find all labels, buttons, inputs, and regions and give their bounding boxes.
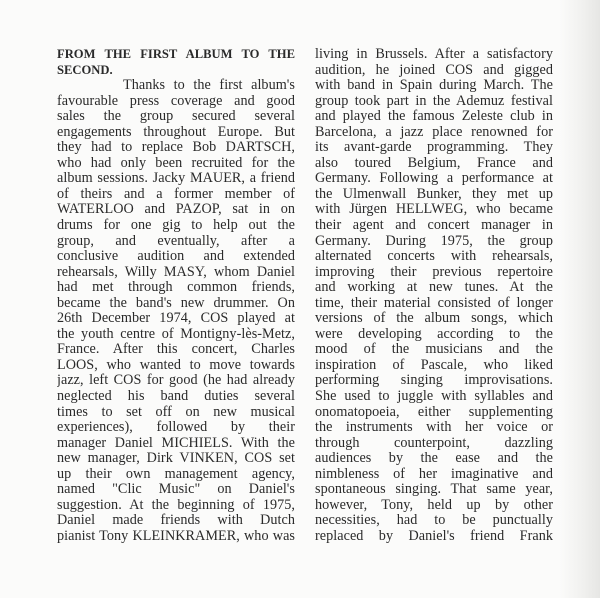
text-line: alternated concerts with rehearsals, <box>315 249 553 265</box>
text-line: onomatopoeia, either supplementing <box>315 405 553 421</box>
text-line: named "Clic Music" on Daniel's <box>57 482 295 498</box>
left-paragraph: Thanks to the first album's favourable p… <box>57 78 295 544</box>
text-line: She used to juggle with syllables and <box>315 389 553 405</box>
text-line: who had only been recruited for the <box>57 156 295 172</box>
text-line: necessities, had to be punctually <box>315 513 553 529</box>
text-line: also toured Belgium, France and <box>315 156 553 172</box>
text-line: the youth centre of Montigny-lès-Metz, <box>57 327 295 343</box>
text-line: audition, he joined COS and gigged <box>315 63 553 79</box>
text-line: they had to replace Bob DARTSCH, <box>57 140 295 156</box>
text-line: Germany. During 1975, the group <box>315 234 553 250</box>
text-line: nimbleness of her imaginative and <box>315 467 553 483</box>
text-line: Barcelona, a jazz place renowned for <box>315 125 553 141</box>
text-line: group, and eventually, after a <box>57 234 295 250</box>
text-line: conclusive audition and extended <box>57 249 295 265</box>
text-line: mood of the musicians and the <box>315 342 553 358</box>
text-line: performing singing improvisations. <box>315 373 553 389</box>
text-line: new manager, Dirk VINKEN, COS set <box>57 451 295 467</box>
text-line: suggestion. At the beginning of 1975, <box>57 498 295 514</box>
heading-line-1: FROM THE FIRST ALBUM TO THE <box>57 47 295 63</box>
text-line: its avant-garde programming. They <box>315 140 553 156</box>
right-column: living in Brussels. After a satisfactory… <box>315 47 553 545</box>
text-line: were developing according to the <box>315 327 553 343</box>
text-line: Germany. Following a performance at <box>315 171 553 187</box>
text-line: Daniel made friends with Dutch <box>57 513 295 529</box>
text-line: spontaneous singing. That same year, <box>315 482 553 498</box>
text-line: neglected his band duties several <box>57 389 295 405</box>
text-line: audiences by the ease and the <box>315 451 553 467</box>
text-line: with band in Spain during March. The <box>315 78 553 94</box>
text-line: inspiration of Pascale, who liked <box>315 358 553 374</box>
text-line: group took part in the Ademuz festival <box>315 94 553 110</box>
text-line: had met through common friends, <box>57 280 295 296</box>
text-line: LOOS, who wanted to move towards <box>57 358 295 374</box>
text-line: jazz, left COS for good (he had already <box>57 373 295 389</box>
text-line: with Jürgen HELLWEG, who became <box>315 202 553 218</box>
text-line: drums for one gig to help out the <box>57 218 295 234</box>
text-line: the Ulmenwall Bunker, they met up <box>315 187 553 203</box>
text-line: became the band's new drummer. On <box>57 296 295 312</box>
text-line: replaced by Daniel's friend Frank <box>315 529 553 545</box>
text-line: 26th December 1974, COS played at <box>57 311 295 327</box>
text-line: living in Brussels. After a satisfactory <box>315 47 553 63</box>
heading-line-2: SECOND. <box>57 63 113 77</box>
text-line: times to set off on new musical <box>57 405 295 421</box>
text-line: and working at new tunes. At the <box>315 280 553 296</box>
text-line: experiences), followed by their <box>57 420 295 436</box>
text-line: of theirs and a former member of <box>57 187 295 203</box>
text-line: sales the group secured several <box>57 109 295 125</box>
text-line: their agent and concert manager in <box>315 218 553 234</box>
text-line: however, Tony, held up by other <box>315 498 553 514</box>
text-line: France. After this concert, Charles <box>57 342 295 358</box>
text-line: rehearsals, Willy MASY, whom Daniel <box>57 265 295 281</box>
text-line: versions of the album songs, which <box>315 311 553 327</box>
text-line: WATERLOO and PAZOP, sat in on <box>57 202 295 218</box>
page-edge-shadow <box>560 0 600 598</box>
text-line: manager Daniel MICHIELS. With the <box>57 436 295 452</box>
text-line: up their own management agency, <box>57 467 295 483</box>
right-paragraph: living in Brussels. After a satisfactory… <box>315 47 553 545</box>
left-column: FROM THE FIRST ALBUM TO THE SECOND. Than… <box>57 47 295 545</box>
text-line: the instruments with her voice or <box>315 420 553 436</box>
text-line: through counterpoint, dazzling <box>315 436 553 452</box>
text-line: engagements throughout Europe. But <box>57 125 295 141</box>
text-line: time, their material consisted of longer <box>315 296 553 312</box>
text-line: pianist Tony KLEINKRAMER, who was <box>57 529 295 545</box>
text-line: album sessions. Jacky MAUER, a friend <box>57 171 295 187</box>
text-line: Thanks to the first album's <box>57 78 295 94</box>
text-line: favourable press coverage and good <box>57 94 295 110</box>
text-line: improving their previous repertoire <box>315 265 553 281</box>
section-heading: FROM THE FIRST ALBUM TO THE SECOND. <box>57 47 295 78</box>
text-line: and played the famous Zeleste club in <box>315 109 553 125</box>
